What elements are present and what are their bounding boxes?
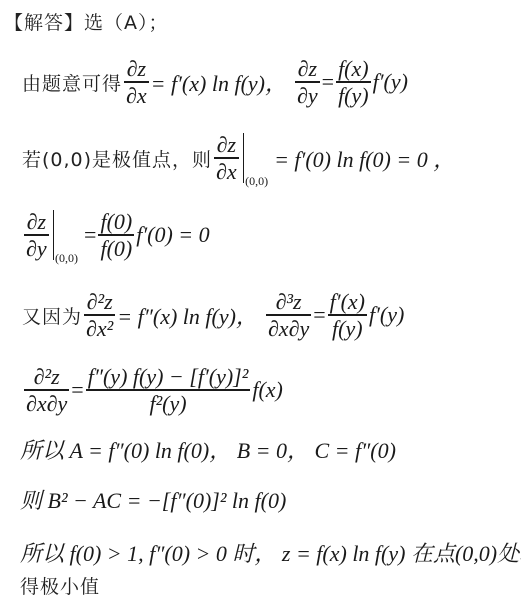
- numerator: f″(y) f(y) − [f′(y)]²: [86, 365, 251, 388]
- equation-tail: f′(0) = 0: [136, 222, 209, 248]
- answer-header: 【解答】选（A）；: [4, 6, 169, 36]
- partial-z-y-fraction: ∂z ∂y: [295, 57, 320, 106]
- quotient-rule-fraction: f″(y) f(y) − [f′(y)]² f²(y): [86, 365, 251, 414]
- equation-rhs: = f′(x) ln f(y)，: [151, 67, 287, 98]
- evaluated-derivative: ∂z ∂x (0,0): [212, 133, 268, 182]
- f0-over-f0-fraction: f(0) f(0): [98, 210, 134, 259]
- evaluation-bar: [53, 210, 54, 259]
- discriminant-line: 则 B² − AC = −[f″(0)]² ln f(0): [20, 482, 286, 516]
- numerator: f(x): [336, 57, 371, 80]
- numerator: f′(x): [328, 290, 367, 313]
- denominator: ∂x: [124, 84, 149, 107]
- equals-sign: =: [84, 222, 96, 248]
- evaluation-point: (0,0): [245, 174, 268, 189]
- numerator: ∂z: [25, 210, 48, 233]
- line-prefix: 又因为: [22, 302, 82, 329]
- denominator: f(y): [336, 84, 371, 107]
- numerator: ∂²z: [85, 290, 115, 313]
- equation-line-2: 若(0,0)是极值点，则 ∂z ∂x (0,0) = f′(0) ln f(0)…: [22, 128, 455, 188]
- equation-tail: f′(y): [369, 302, 404, 328]
- denominator: ∂x²: [84, 317, 115, 340]
- equation-rhs: = f″(x) ln f(y)，: [117, 300, 258, 331]
- denominator: ∂x: [214, 160, 239, 183]
- fpx-over-fy-fraction: f′(x) f(y): [328, 290, 367, 339]
- partial-z-y-fraction: ∂z ∂y: [24, 210, 49, 259]
- equation-line-1: 由题意可得 ∂z ∂x = f′(x) ln f(y)， ∂z ∂y = f(x…: [22, 52, 408, 112]
- equation-rhs: = f′(0) ln f(0) = 0 ，: [274, 143, 455, 174]
- equals-sign: =: [322, 69, 334, 95]
- partial-z-x-fraction: ∂z ∂x: [124, 57, 149, 106]
- line-prefix: 由题意可得: [22, 69, 122, 96]
- denominator: ∂y: [24, 237, 49, 260]
- numerator: ∂z: [215, 133, 238, 156]
- equals-sign: =: [313, 302, 325, 328]
- denominator: f²(y): [147, 392, 188, 415]
- mixed-partial-xy-fraction: ∂²z ∂x∂y: [24, 365, 69, 414]
- equation-line-5: ∂²z ∂x∂y = f″(y) f(y) − [f′(y)]² f²(y) f…: [22, 358, 283, 422]
- equals-sign: =: [71, 377, 83, 403]
- evaluation-bar: [243, 133, 244, 182]
- numerator: f(0): [98, 210, 134, 233]
- denominator: f(0): [98, 237, 134, 260]
- equation-tail: f(x): [252, 377, 283, 403]
- denominator: ∂y: [295, 84, 320, 107]
- abc-values-line: 所以 A = f″(0) ln f(0)， B = 0， C = f″(0): [20, 432, 396, 466]
- denominator: ∂x∂y: [24, 392, 69, 415]
- evaluated-derivative: ∂z ∂y (0,0): [22, 210, 78, 259]
- second-partial-xx-fraction: ∂²z ∂x²: [84, 290, 115, 339]
- equation-line-4: 又因为 ∂²z ∂x² = f″(x) ln f(y)， ∂³z ∂x∂y = …: [22, 285, 404, 345]
- conclusion-line: 所以 f(0) > 1, f″(0) > 0 时， z = f(x) ln f(…: [20, 535, 521, 569]
- equation-line-3: ∂z ∂y (0,0) = f(0) f(0) f′(0) = 0: [22, 205, 210, 265]
- numerator: ∂²z: [32, 365, 62, 388]
- fx-over-fy-fraction: f(x) f(y): [336, 57, 371, 106]
- denominator: f(y): [330, 317, 365, 340]
- numerator: ∂z: [296, 57, 319, 80]
- third-partial-xy-fraction: ∂³z ∂x∂y: [266, 290, 311, 339]
- line-prefix: 若(0,0)是极值点，则: [22, 145, 212, 172]
- numerator: ∂³z: [274, 290, 304, 313]
- denominator: ∂x∂y: [266, 317, 311, 340]
- numerator: ∂z: [125, 57, 148, 80]
- conclusion-continuation: 得极小值: [20, 570, 100, 600]
- evaluation-point: (0,0): [55, 251, 78, 266]
- equation-tail: f′(y): [373, 69, 408, 95]
- partial-z-x-fraction: ∂z ∂x: [214, 133, 239, 182]
